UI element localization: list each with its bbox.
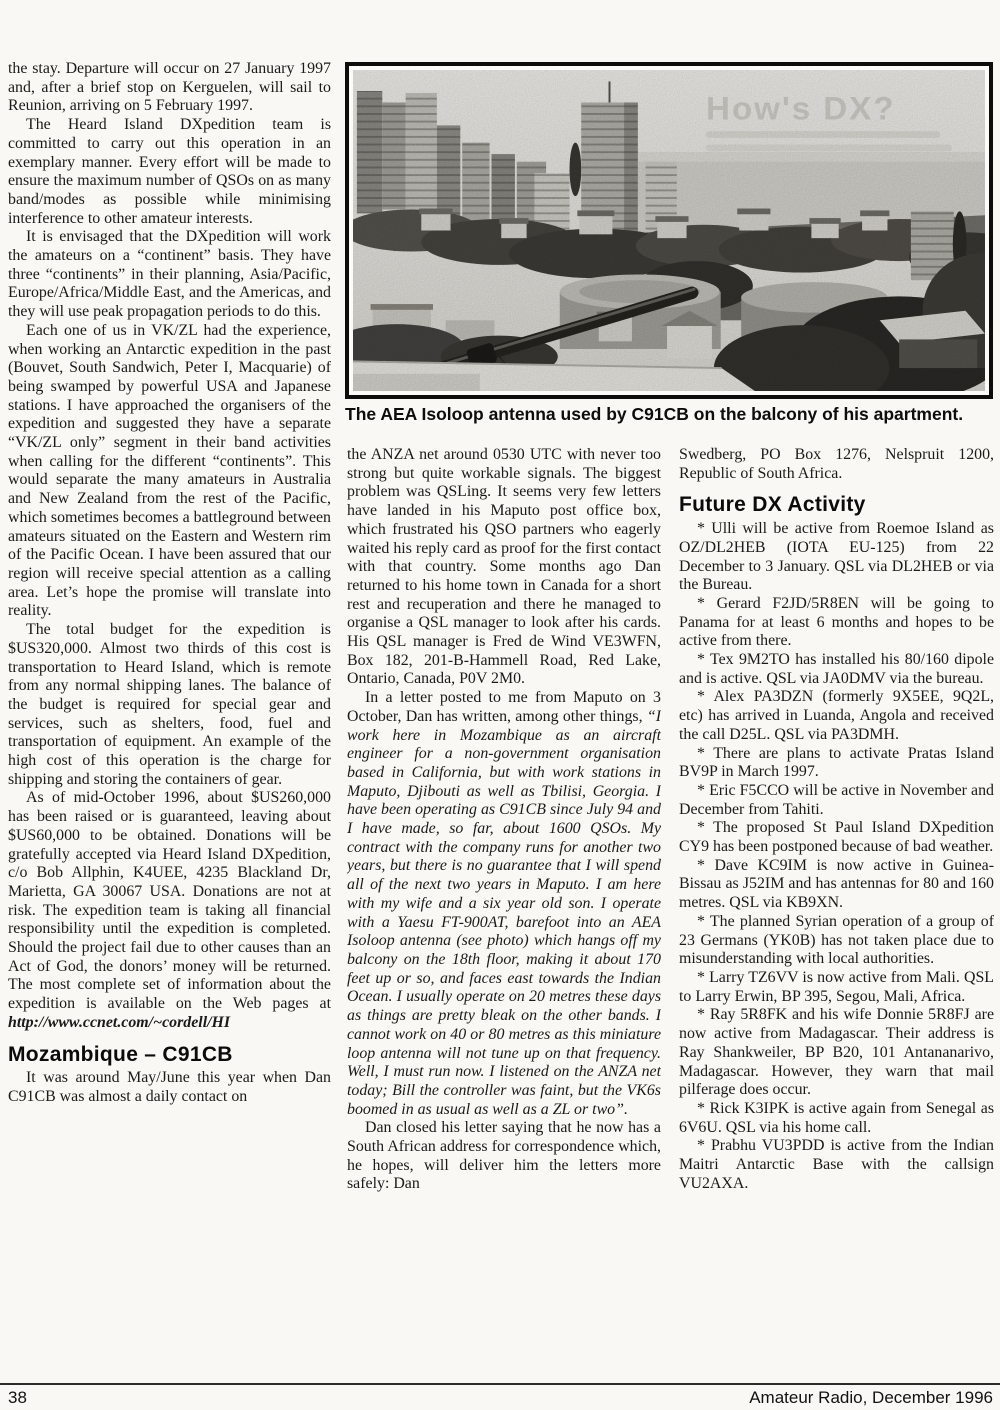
text-run: The total budget for the expedition is $… [8, 621, 331, 788]
page-number: 38 [8, 1388, 27, 1408]
text-run: Swedberg, PO Box 1276, Nelspruit 1200, R… [679, 446, 994, 482]
text-run: * Larry TZ6VV is now active from Mali. Q… [679, 969, 994, 1005]
paragraph: * The planned Syrian operation of a grou… [679, 913, 994, 969]
paragraph: It is envisaged that the DXpedition will… [8, 228, 331, 322]
text-run: * Rick K3IPK is active again from Senega… [679, 1100, 994, 1136]
text-run: the stay. Departure will occur on 27 Jan… [8, 60, 331, 114]
magazine-page: How's DX? [0, 0, 1000, 1410]
paragraph: * Dave KC9IM is now active in Guinea-Bis… [679, 857, 994, 913]
paragraph: The Heard Island DXpedition team is comm… [8, 116, 331, 228]
paragraph: * Ulli will be active from Roemoe Island… [679, 520, 994, 595]
paragraph: * There are plans to activate Pratas Isl… [679, 745, 994, 782]
text-run: * Gerard F2JD/5R8EN will be going to Pan… [679, 595, 994, 649]
footer-rule [0, 1383, 1000, 1385]
paragraph: Dan closed his letter saying that he now… [347, 1119, 661, 1194]
column-middle: the ANZA net around 0530 UTC with never … [347, 446, 661, 1376]
emphasized-text-run: http://www.ccnet.com/~cordell/HI [8, 1014, 230, 1031]
emphasized-text-run: “I work here in Mozambique as an aircraf… [347, 708, 661, 1118]
paragraph: * Eric F5CCO will be active in November … [679, 782, 994, 819]
city-photo: How's DX? [345, 62, 993, 399]
paragraph: * Alex PA3DZN (formerly 9X5EE, 9Q2L, etc… [679, 688, 994, 744]
text-run: It is envisaged that the DXpedition will… [8, 228, 331, 320]
paragraph: * The proposed St Paul Island DXpedition… [679, 819, 994, 856]
text-run: * Dave KC9IM is now active in Guinea-Bis… [679, 857, 994, 911]
issue-title: Amateur Radio, December 1996 [749, 1388, 993, 1408]
paragraph: * Gerard F2JD/5R8EN will be going to Pan… [679, 595, 994, 651]
paragraph: * Prabhu VU3PDD is active from the India… [679, 1137, 994, 1193]
text-run: * Tex 9M2TO has installed his 80/160 dip… [679, 651, 994, 687]
text-run: * Ulli will be active from Roemoe Island… [679, 520, 994, 593]
text-run: * The planned Syrian operation of a grou… [679, 913, 994, 967]
paragraph: In a letter posted to me from Maputo on … [347, 689, 661, 1119]
text-run: * Alex PA3DZN (formerly 9X5EE, 9Q2L, etc… [679, 688, 994, 742]
paragraph: As of mid-October 1996, about $US260,000… [8, 789, 331, 1032]
paragraph: the stay. Departure will occur on 27 Jan… [8, 60, 331, 116]
paragraph: * Rick K3IPK is active again from Senega… [679, 1100, 994, 1137]
text-run: * Eric F5CCO will be active in November … [679, 782, 994, 818]
text-run: In a letter posted to me from Maputo on … [347, 689, 661, 725]
paragraph: * Ray 5R8FK and his wife Donnie 5R8FJ ar… [679, 1006, 994, 1100]
section-heading: Mozambique – C91CB [8, 1046, 331, 1065]
text-run: * Prabhu VU3PDD is active from the India… [679, 1137, 994, 1191]
photo-caption: The AEA Isoloop antenna used by C91CB on… [345, 404, 997, 425]
text-run: The Heard Island DXpedition team is comm… [8, 116, 331, 227]
text-run: * The proposed St Paul Island DXpedition… [679, 819, 994, 855]
text-run: Dan closed his letter saying that he now… [347, 1119, 661, 1192]
text-run: the ANZA net around 0530 UTC with never … [347, 446, 661, 687]
section-heading: Future DX Activity [679, 496, 994, 515]
paragraph: the ANZA net around 0530 UTC with never … [347, 446, 661, 689]
paragraph: Swedberg, PO Box 1276, Nelspruit 1200, R… [679, 446, 994, 483]
text-run: It was around May/June this year when Da… [8, 1069, 331, 1105]
text-run: As of mid-October 1996, about $US260,000… [8, 789, 331, 1012]
text-run: * There are plans to activate Pratas Isl… [679, 745, 994, 781]
paragraph: It was around May/June this year when Da… [8, 1069, 331, 1106]
paragraph: Each one of us in VK/ZL had the experien… [8, 322, 331, 621]
maputo-skyline-illustration: How's DX? [353, 70, 985, 391]
paragraph: The total budget for the expedition is $… [8, 621, 331, 789]
column-right: Swedberg, PO Box 1276, Nelspruit 1200, R… [679, 446, 994, 1376]
paragraph: * Larry TZ6VV is now active from Mali. Q… [679, 969, 994, 1006]
column-left: the stay. Departure will occur on 27 Jan… [8, 60, 331, 1378]
paragraph: * Tex 9M2TO has installed his 80/160 dip… [679, 651, 994, 688]
text-run: * Ray 5R8FK and his wife Donnie 5R8FJ ar… [679, 1006, 994, 1098]
text-run: Each one of us in VK/ZL had the experien… [8, 322, 331, 620]
